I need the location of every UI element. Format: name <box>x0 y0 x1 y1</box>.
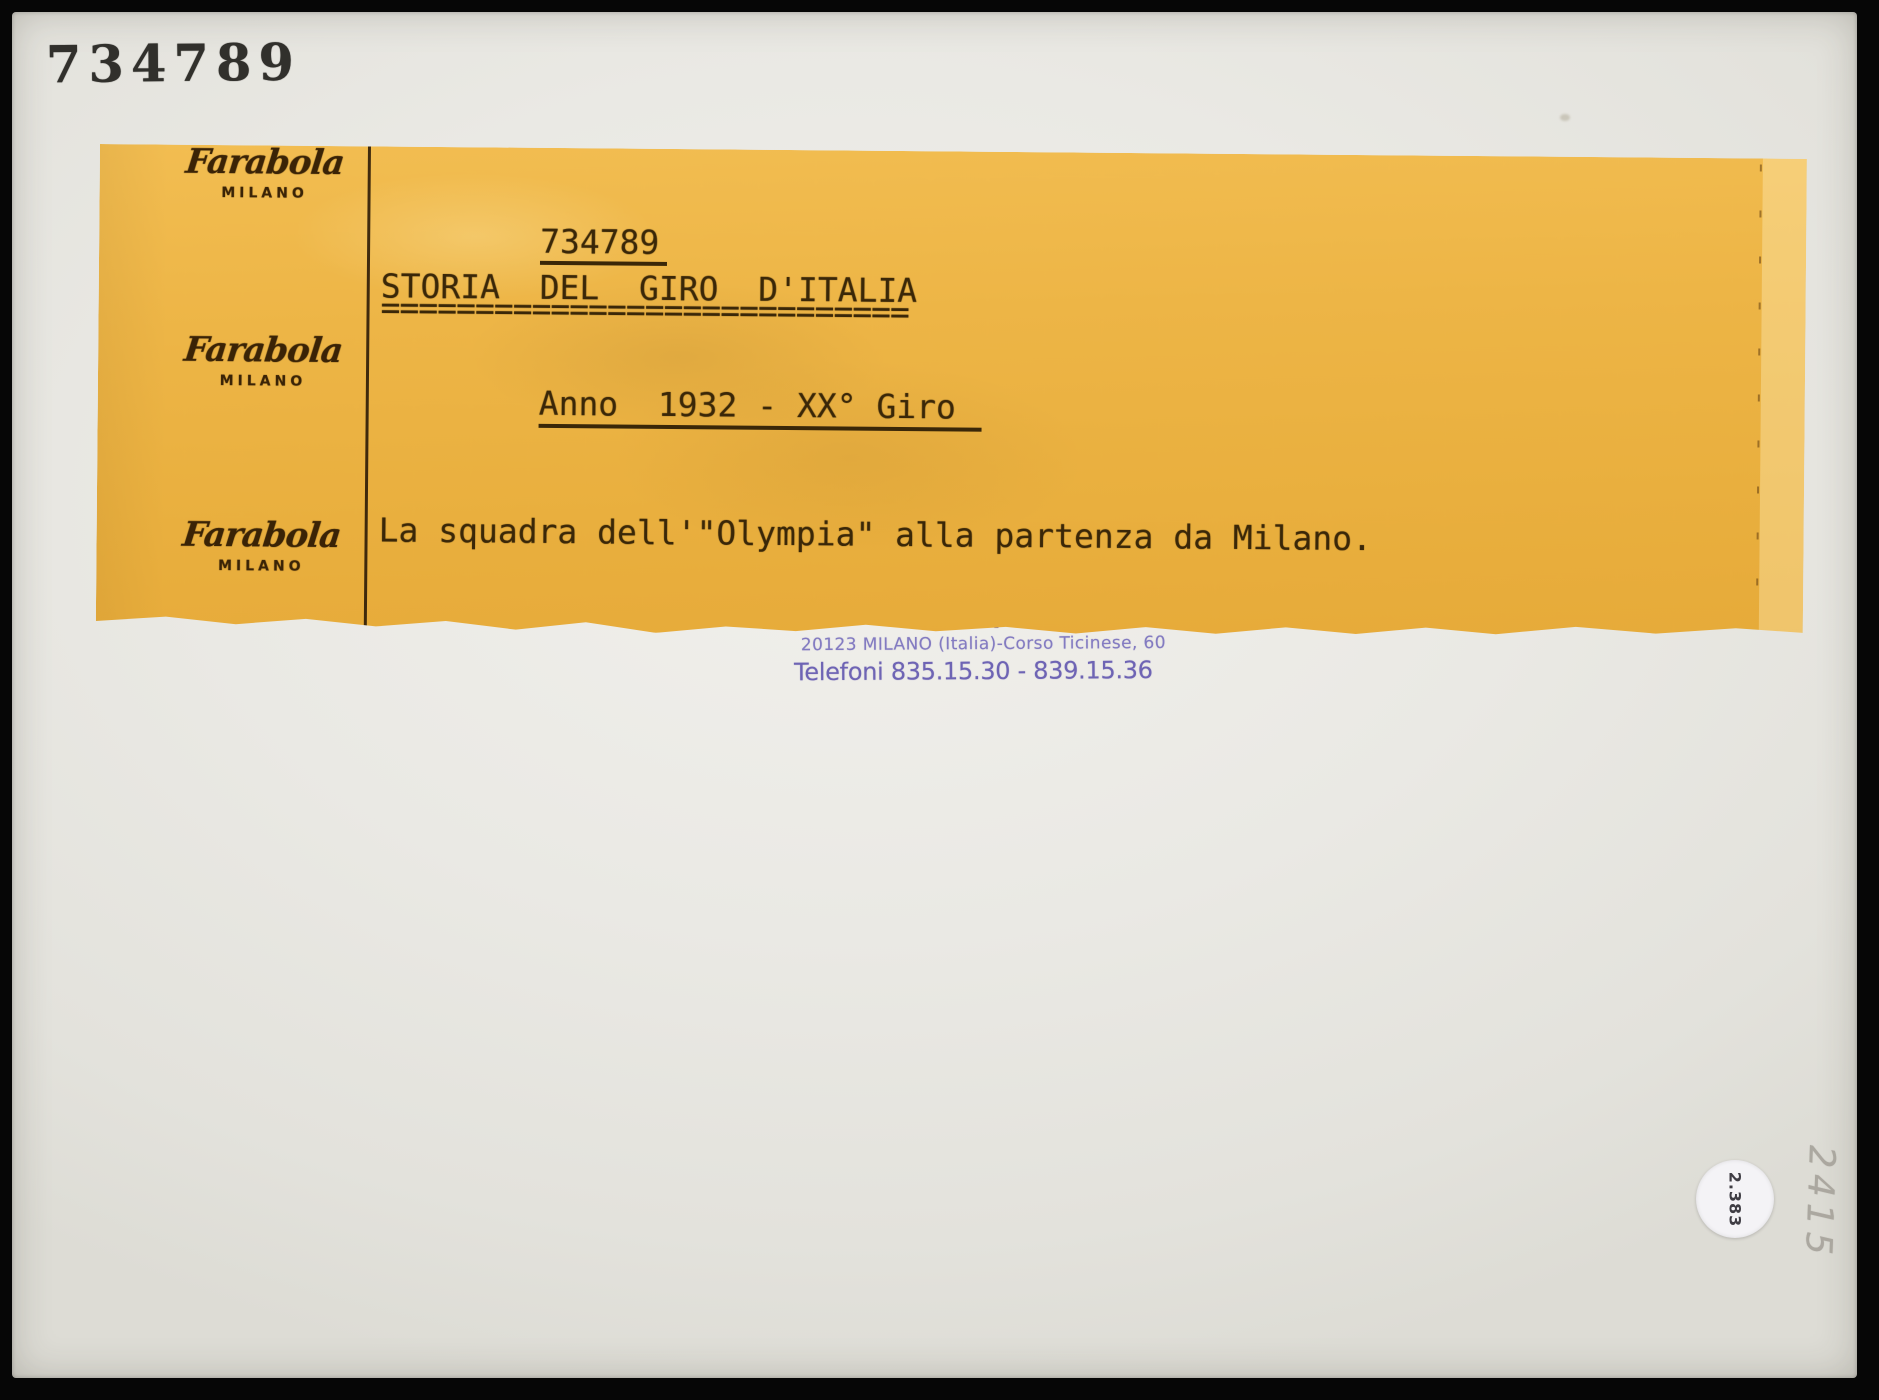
photo-id-stamp: 734789 <box>46 33 302 96</box>
photo-card-back: 734789 Illustrazioni per la stampa 20123… <box>12 12 1857 1378</box>
logo-city: MILANO <box>155 184 375 202</box>
typed-ref-number-text: 734789 <box>540 225 668 266</box>
logo-city: MILANO <box>153 372 373 390</box>
typed-title-rule: ============================ <box>380 290 909 328</box>
typed-subtitle-text: Anno 1932 - XX° Giro <box>538 387 982 432</box>
farabola-logo: Farabola MILANO <box>155 142 375 202</box>
logo-wordmark: Farabola <box>149 515 373 555</box>
stamp-phones: Telefoni 835.15.30 - 839.15.36 <box>794 656 1153 686</box>
caption-label: Farabola MILANO Farabola MILANO Farabola… <box>96 144 1807 653</box>
photo-backdrop: 734789 Illustrazioni per la stampa 20123… <box>0 0 1879 1400</box>
stamp-address: 20123 MILANO (Italia)-Corso Ticinese, 60 <box>801 633 1166 655</box>
round-number-sticker: 2.383 <box>1696 1160 1774 1238</box>
farabola-logo: Farabola MILANO <box>151 515 371 575</box>
caption-line: La squadra dell'"Olympia" alla partenza … <box>378 501 1551 568</box>
pencil-note: 2415 <box>1797 1145 1842 1266</box>
caption-line: BORGHI, LAZZARETTI, MORETTI e TEANI. <box>376 747 1549 814</box>
logo-wordmark: Farabola <box>153 142 377 182</box>
logo-city: MILANO <box>151 557 371 575</box>
farabola-logo: Farabola MILANO <box>153 330 373 390</box>
logo-wordmark: Farabola <box>151 330 375 370</box>
paper-blemish <box>1560 114 1570 121</box>
sticker-number: 2.383 <box>1725 1171 1744 1227</box>
label-glued-strip <box>1759 159 1807 653</box>
